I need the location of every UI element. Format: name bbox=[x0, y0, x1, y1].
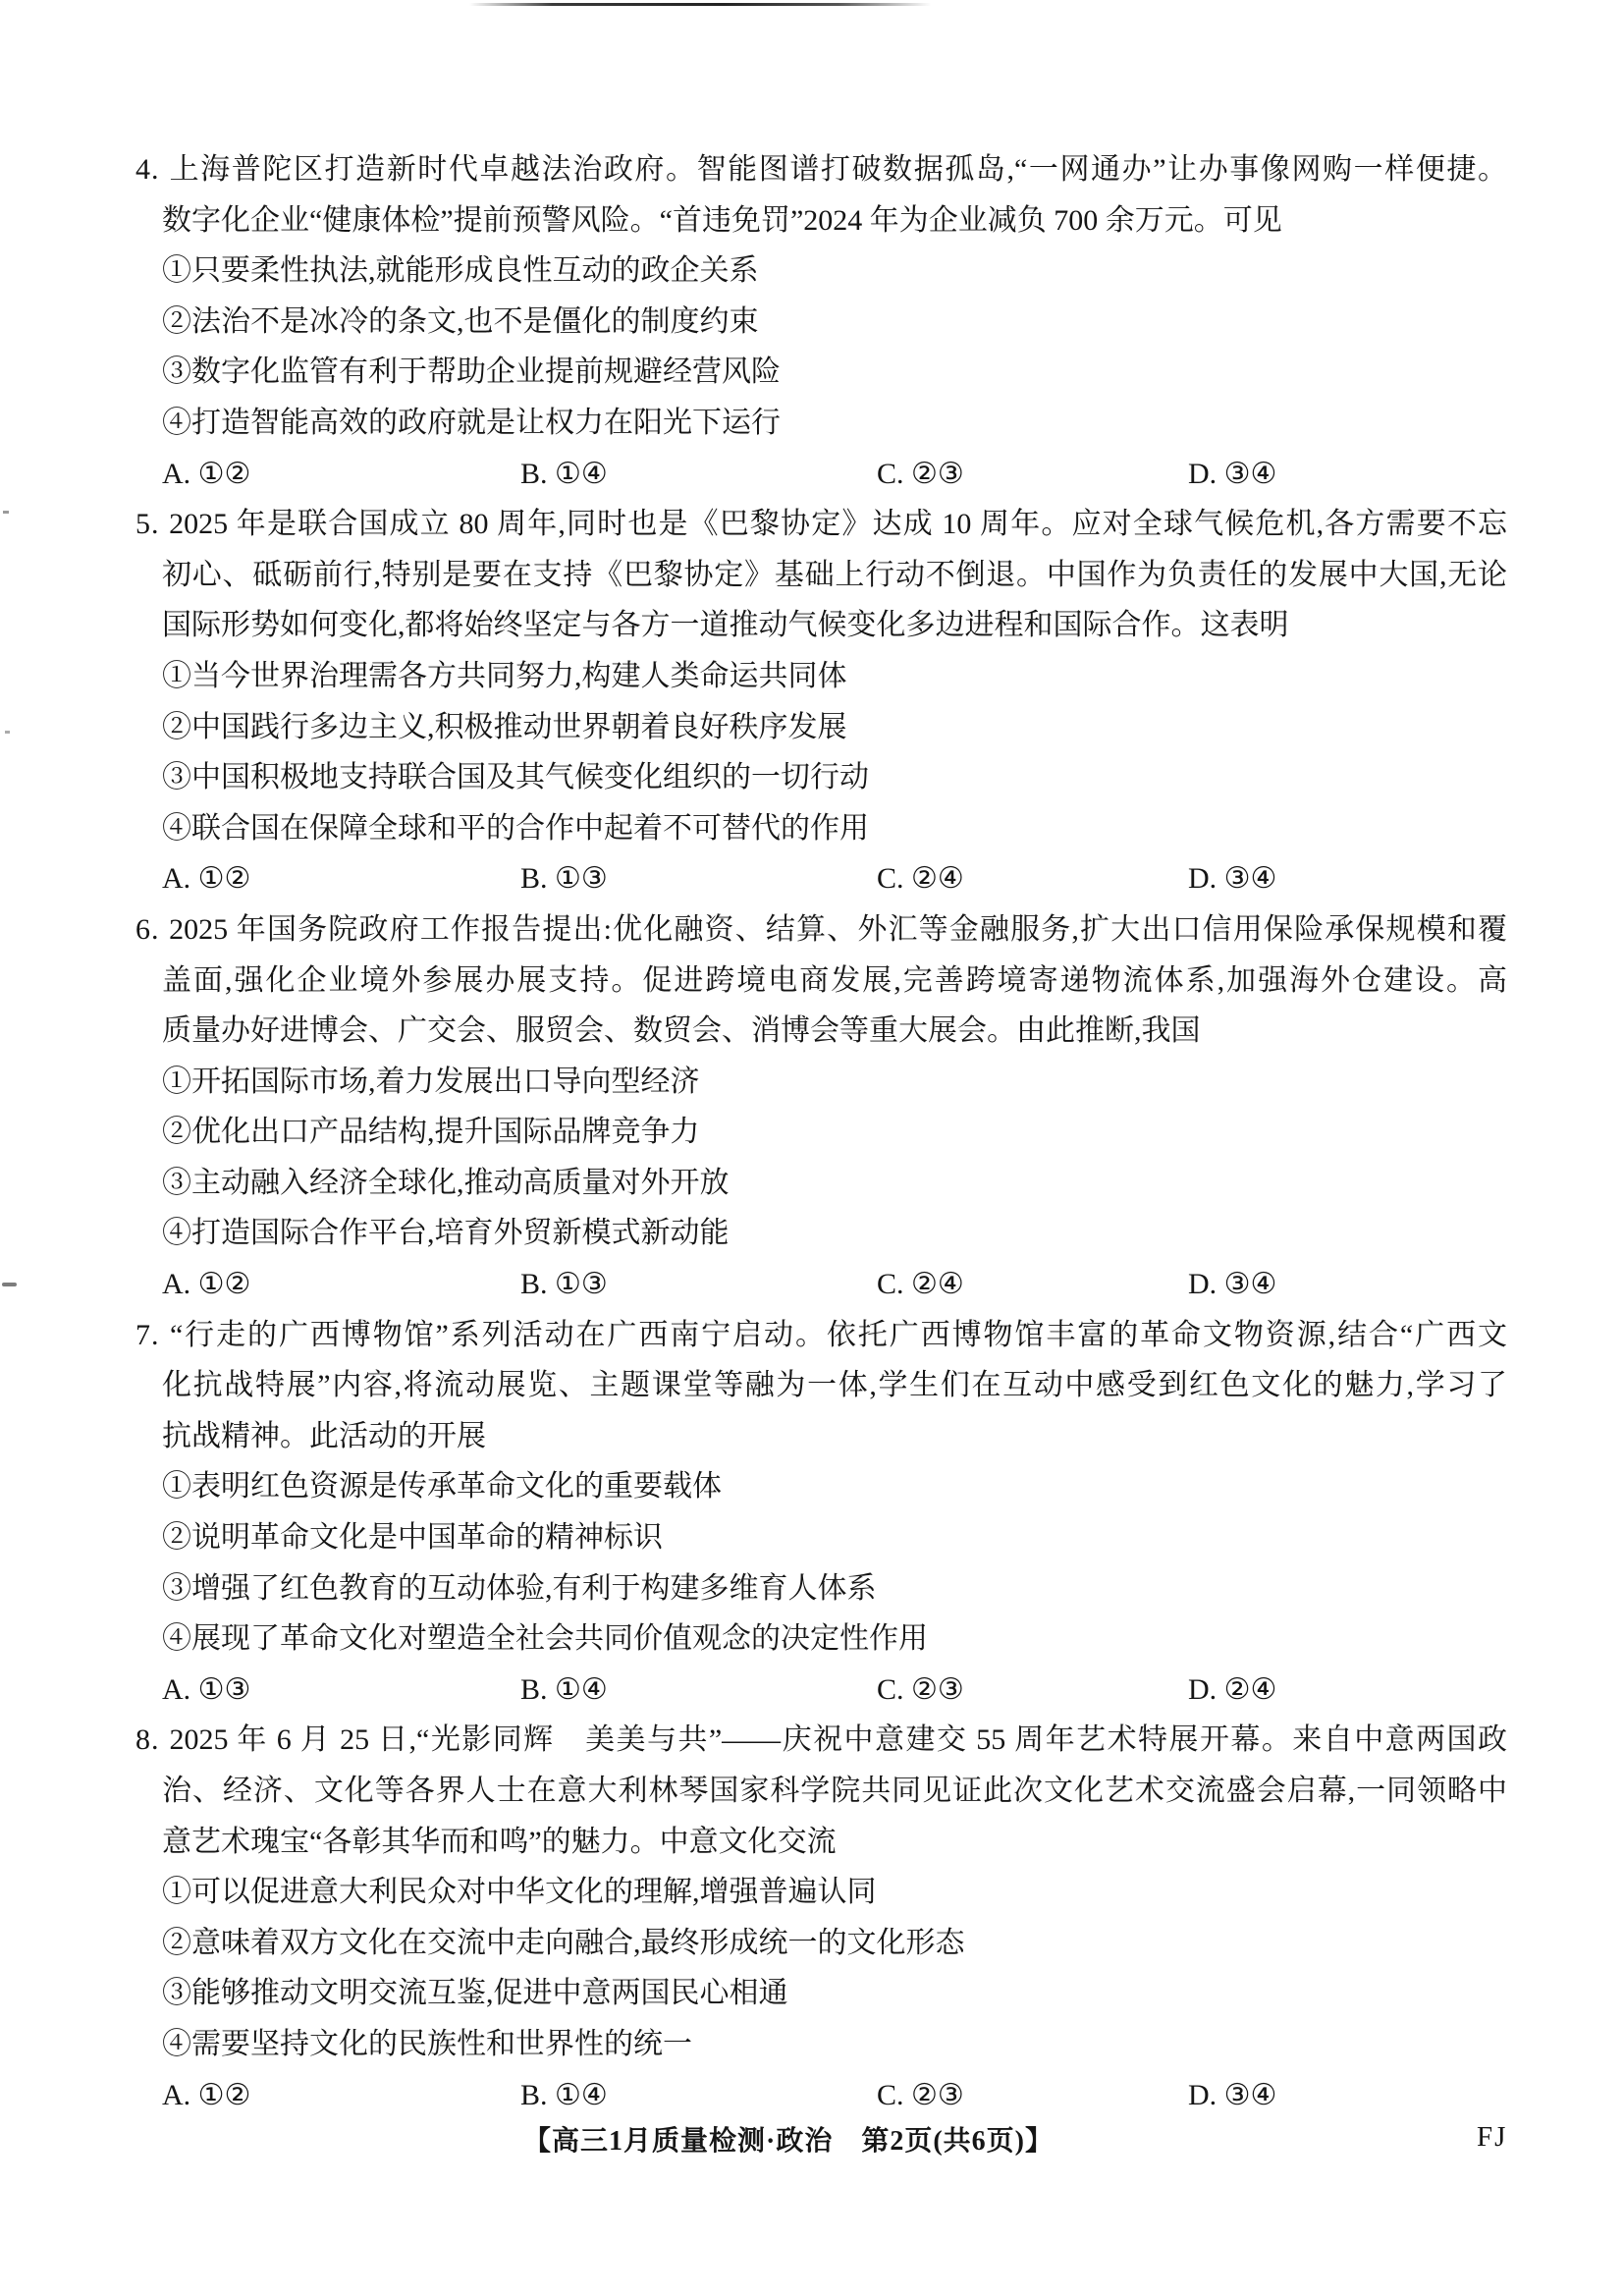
statement: ①开拓国际市场,着力发展出口导向型经济 bbox=[162, 1057, 1507, 1108]
statement: ②中国践行多边主义,积极推动世界朝着良好秩序发展 bbox=[162, 702, 1507, 753]
options-row: A. ①③B. ①④C. ②③D. ②④ bbox=[162, 1665, 1507, 1716]
option-a: A. ①② bbox=[162, 449, 250, 500]
options-row: A. ①②B. ①③C. ②④D. ③④ bbox=[162, 853, 1507, 904]
option-d: D. ③④ bbox=[1188, 1259, 1276, 1310]
options-row: A. ①②B. ①④C. ②③D. ③④ bbox=[162, 449, 1507, 500]
scan-artifact-dash bbox=[2, 1283, 17, 1286]
stem-line: 4. 上海普陀区打造新时代卓越法治政府。智能图谱打破数据孤岛,“一网通办”让办事… bbox=[162, 144, 1507, 195]
option-d: D. ③④ bbox=[1188, 449, 1276, 500]
statement: ④展现了革命文化对塑造全社会共同价值观念的决定性作用 bbox=[162, 1613, 1507, 1665]
option-d: D. ②④ bbox=[1188, 1665, 1276, 1716]
question-number: 7. bbox=[135, 1319, 170, 1351]
option-a: A. ①② bbox=[162, 2070, 250, 2121]
option-c: C. ②③ bbox=[877, 449, 964, 500]
stem-line: 5. 2025 年是联合国成立 80 周年,同时也是《巴黎协定》达成 10 周年… bbox=[162, 499, 1507, 550]
option-d: D. ③④ bbox=[1188, 853, 1276, 904]
stem-line: 质量办好进博会、广交会、服贸会、数贸会、消博会等重大展会。由此推断,我国 bbox=[162, 1006, 1507, 1057]
question-block: 4. 上海普陀区打造新时代卓越法治政府。智能图谱打破数据孤岛,“一网通办”让办事… bbox=[135, 144, 1507, 499]
question-number: 6. bbox=[135, 913, 169, 946]
statement: ④需要坚持文化的民族性和世界性的统一 bbox=[162, 2019, 1507, 2070]
question-block: 8. 2025 年 6 月 25 日,“光影同辉 美美与共”——庆祝中意建交 5… bbox=[135, 1715, 1507, 2120]
option-a: A. ①③ bbox=[162, 1665, 250, 1716]
stem-line: 7. “行走的广西博物馆”系列活动在广西南宁启动。依托广西博物馆丰富的革命文物资… bbox=[162, 1310, 1507, 1361]
option-b: B. ①③ bbox=[520, 1259, 608, 1310]
stem-line: 治、经济、文化等各界人士在意大利林琴国家科学院共同见证此次文化艺术交流盛会启幕,… bbox=[162, 1766, 1507, 1817]
statement: ②法治不是冰冷的条文,也不是僵化的制度约束 bbox=[162, 297, 1507, 348]
stem-line: 意艺术瑰宝“各彰其华而和鸣”的魅力。中意文化交流 bbox=[162, 1817, 1507, 1868]
questions-area: 4. 上海普陀区打造新时代卓越法治政府。智能图谱打破数据孤岛,“一网通办”让办事… bbox=[135, 144, 1507, 2120]
statement: ②说明革命文化是中国革命的精神标识 bbox=[162, 1512, 1507, 1563]
statement: ③增强了红色教育的互动体验,有利于构建多维育人体系 bbox=[162, 1563, 1507, 1614]
statement: ①可以促进意大利民众对中华文化的理解,增强普遍认同 bbox=[162, 1867, 1507, 1918]
stem-line: 初心、砥砺前行,特别是要在支持《巴黎协定》基础上行动不倒退。中国作为负责任的发展… bbox=[162, 550, 1507, 601]
statement: ②优化出口产品结构,提升国际品牌竞争力 bbox=[162, 1107, 1507, 1158]
statement: ①只要柔性执法,就能形成良性互动的政企关系 bbox=[162, 246, 1507, 297]
options-row: A. ①②B. ①④C. ②③D. ③④ bbox=[162, 2070, 1507, 2121]
exam-page: 4. 上海普陀区打造新时代卓越法治政府。智能图谱打破数据孤岛,“一网通办”让办事… bbox=[0, 0, 1623, 2296]
statement: ②意味着双方文化在交流中走向融合,最终形成统一的文化形态 bbox=[162, 1918, 1507, 1969]
question-block: 6. 2025 年国务院政府工作报告提出:优化融资、结算、外汇等金融服务,扩大出… bbox=[135, 904, 1507, 1310]
statement: ①表明红色资源是传承革命文化的重要载体 bbox=[162, 1461, 1507, 1512]
corner-mark: FJ bbox=[1477, 2121, 1507, 2154]
question-block: 5. 2025 年是联合国成立 80 周年,同时也是《巴黎协定》达成 10 周年… bbox=[135, 499, 1507, 904]
option-c: C. ②③ bbox=[877, 2070, 964, 2121]
statement: ④打造国际合作平台,培育外贸新模式新动能 bbox=[162, 1208, 1507, 1259]
option-d: D. ③④ bbox=[1188, 2070, 1276, 2121]
question-number: 4. bbox=[135, 153, 170, 186]
statement: ④联合国在保障全球和平的合作中起着不可替代的作用 bbox=[162, 803, 1507, 854]
option-b: B. ①④ bbox=[520, 1665, 608, 1716]
stem-line: 8. 2025 年 6 月 25 日,“光影同辉 美美与共”——庆祝中意建交 5… bbox=[162, 1715, 1507, 1766]
stem-line: 化抗战特展”内容,将流动展览、主题课堂等融为一体,学生们在互动中感受到红色文化的… bbox=[162, 1360, 1507, 1411]
option-c: C. ②③ bbox=[877, 1665, 964, 1716]
statement: ③能够推动文明交流互鉴,促进中意两国民心相通 bbox=[162, 1968, 1507, 2019]
statement: ③中国积极地支持联合国及其气候变化组织的一切行动 bbox=[162, 752, 1507, 803]
statement: ③数字化监管有利于帮助企业提前规避经营风险 bbox=[162, 347, 1507, 398]
question-block: 7. “行走的广西博物馆”系列活动在广西南宁启动。依托广西博物馆丰富的革命文物资… bbox=[135, 1310, 1507, 1716]
scan-speck bbox=[3, 511, 9, 514]
stem-line: 数字化企业“健康体检”提前预警风险。“首违免罚”2024 年为企业减负 700 … bbox=[162, 195, 1507, 246]
option-c: C. ②④ bbox=[877, 1259, 964, 1310]
options-row: A. ①②B. ①③C. ②④D. ③④ bbox=[162, 1259, 1507, 1310]
statement: ③主动融入经济全球化,推动高质量对外开放 bbox=[162, 1158, 1507, 1209]
stem-line: 6. 2025 年国务院政府工作报告提出:优化融资、结算、外汇等金融服务,扩大出… bbox=[162, 904, 1507, 956]
scan-speck bbox=[5, 731, 10, 734]
statement: ①当今世界治理需各方共同努力,构建人类命运共同体 bbox=[162, 651, 1507, 702]
question-number: 5. bbox=[135, 508, 169, 540]
stem-line: 国际形势如何变化,都将始终坚定与各方一道推动气候变化多边进程和国际合作。这表明 bbox=[162, 600, 1507, 651]
option-c: C. ②④ bbox=[877, 853, 964, 904]
stem-line: 抗战精神。此活动的开展 bbox=[162, 1411, 1507, 1462]
option-b: B. ①③ bbox=[520, 853, 608, 904]
statement: ④打造智能高效的政府就是让权力在阳光下运行 bbox=[162, 398, 1507, 449]
scan-artifact-line bbox=[469, 3, 931, 6]
option-b: B. ①④ bbox=[520, 449, 608, 500]
option-a: A. ①② bbox=[162, 853, 250, 904]
question-number: 8. bbox=[135, 1723, 169, 1756]
option-b: B. ①④ bbox=[520, 2070, 608, 2121]
option-a: A. ①② bbox=[162, 1259, 250, 1310]
stem-line: 盖面,强化企业境外参展办展支持。促进跨境电商发展,完善跨境寄递物流体系,加强海外… bbox=[162, 956, 1507, 1007]
page-footer: 【高三1月质量检测·政治 第2页(共6页)】 bbox=[523, 2119, 1054, 2159]
